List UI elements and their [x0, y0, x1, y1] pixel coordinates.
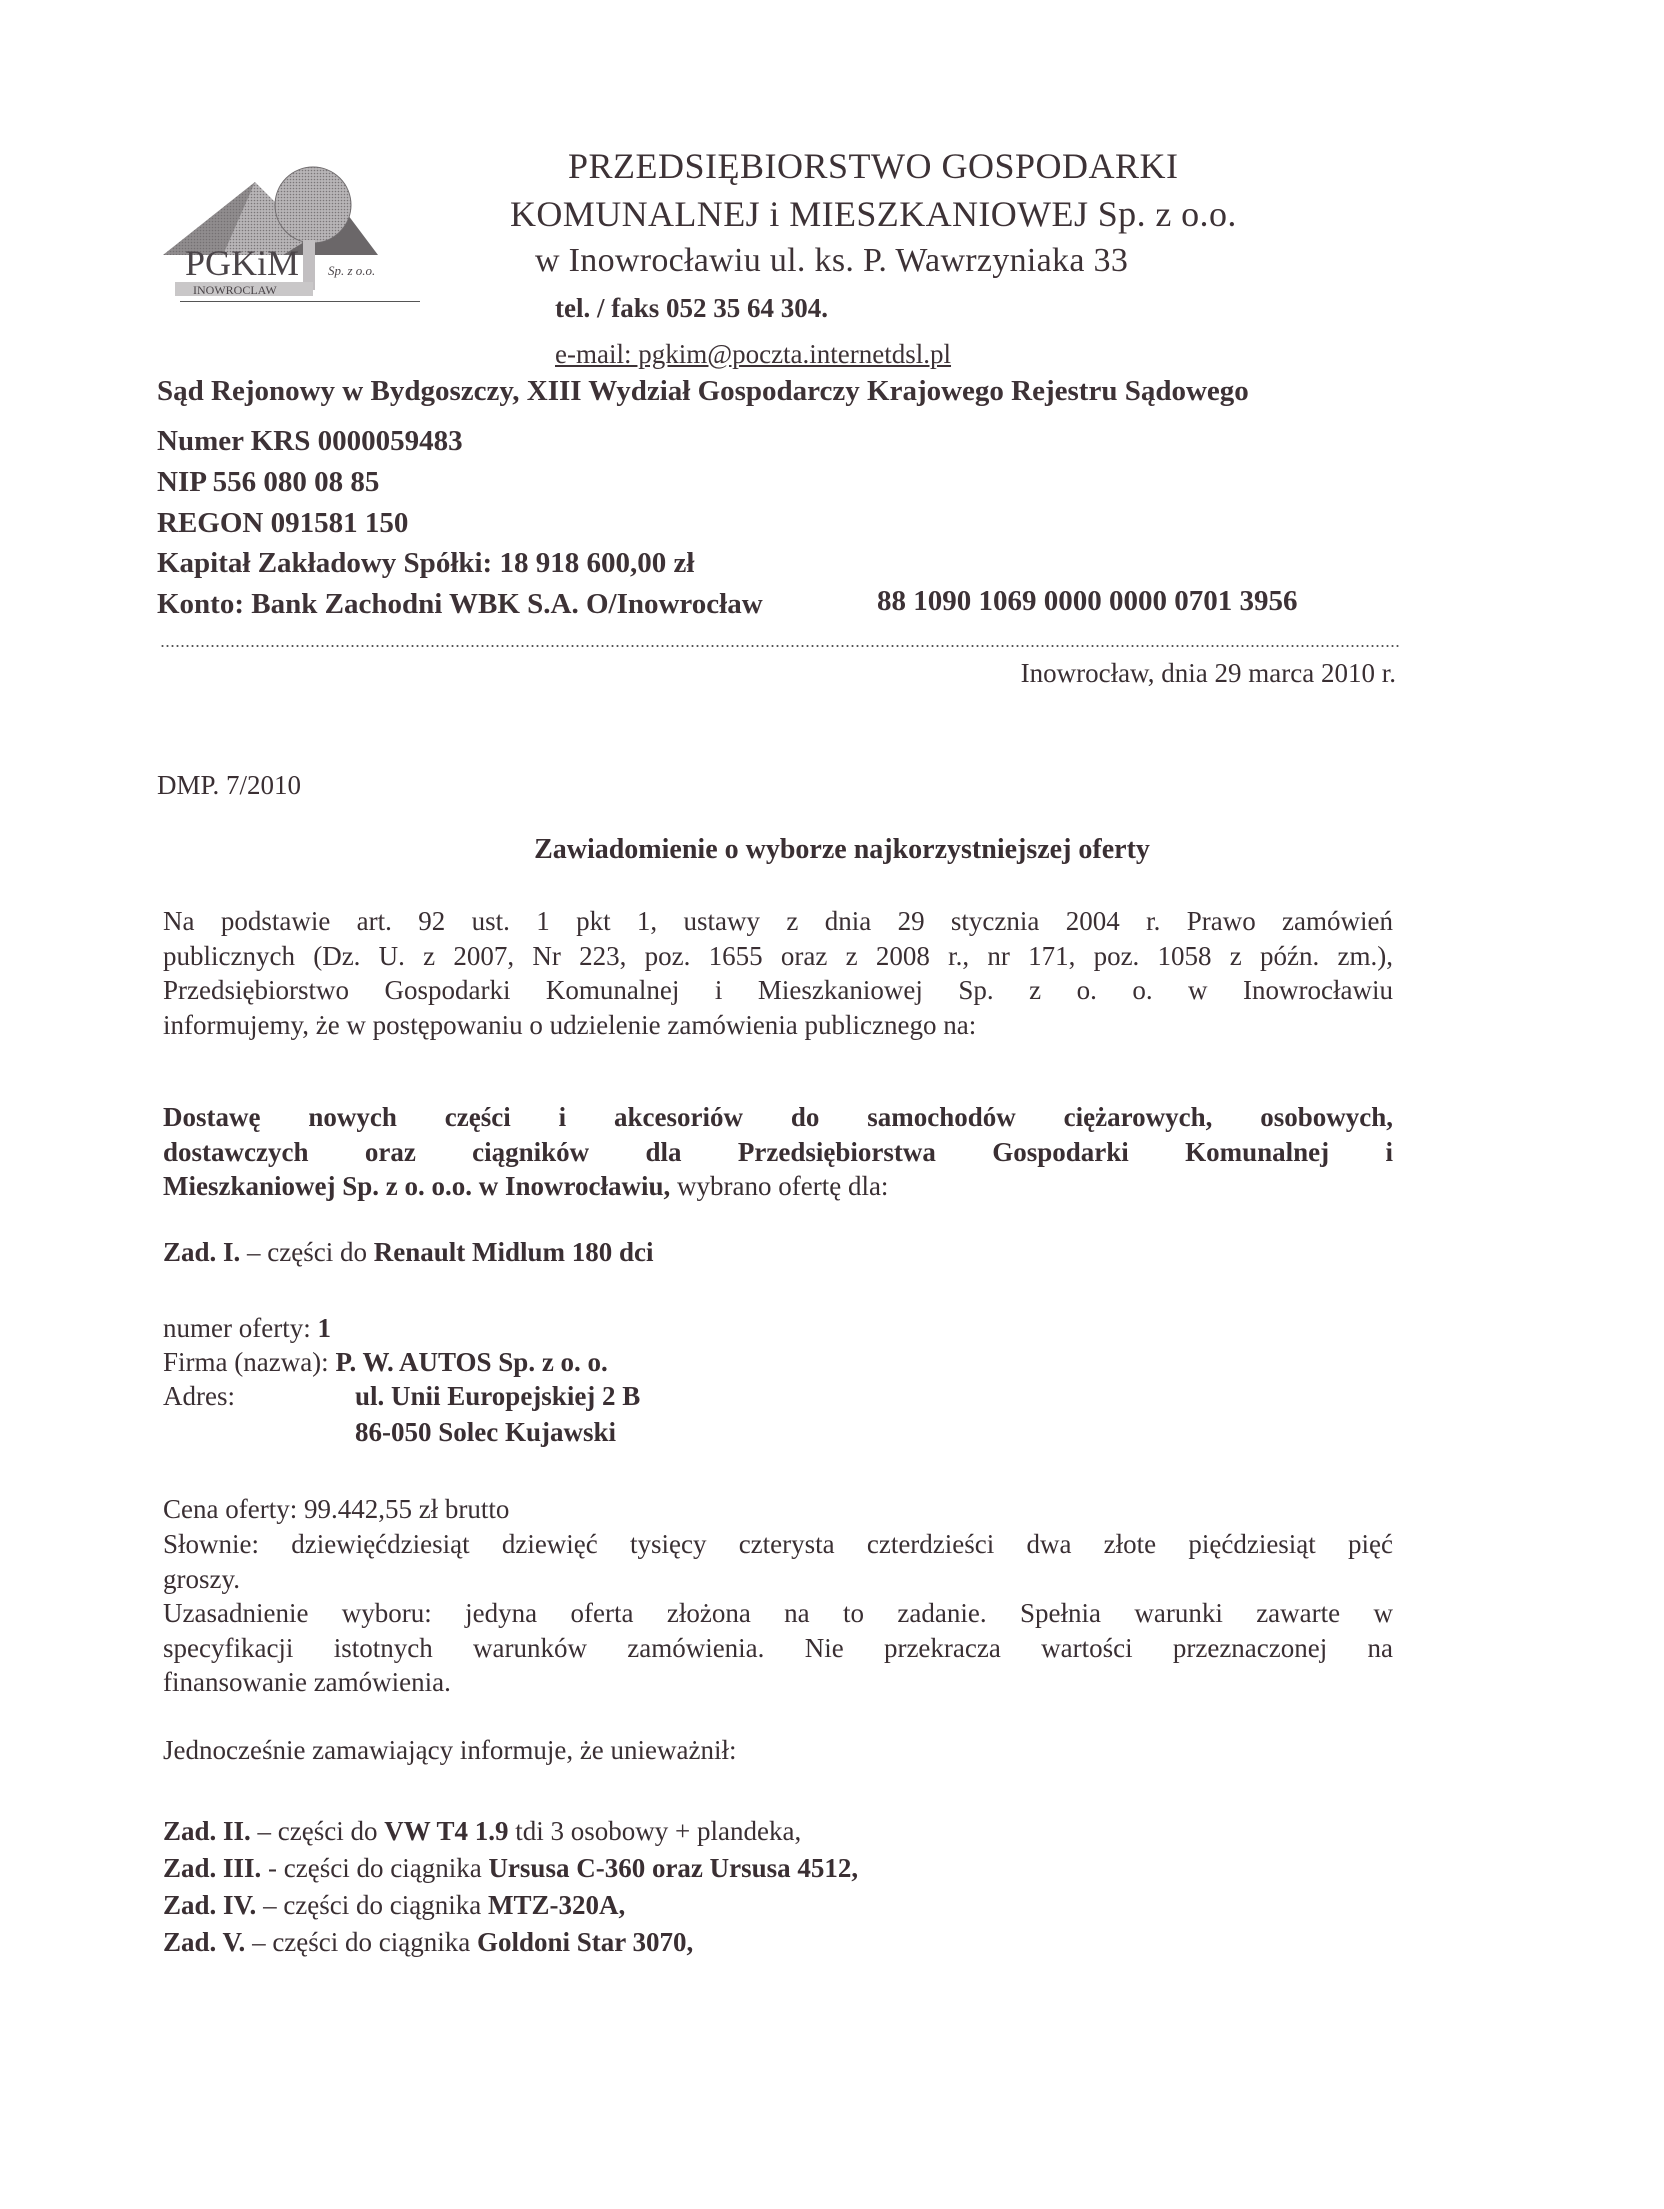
task-1: Zad. I. – części do Renault Midlum 180 d…: [163, 1237, 654, 1268]
document-date: Inowrocław, dnia 29 marca 2010 r.: [1021, 658, 1396, 689]
cancelled-task-label: Zad. V.: [163, 1927, 245, 1957]
cancelled-task-vehicle: Goldoni Star 3070,: [477, 1927, 693, 1957]
justification-line: finansowanie zamówienia.: [163, 1665, 1393, 1700]
cancelled-task-desc: – części do ciągnika: [256, 1890, 488, 1920]
cancelled-task-label: Zad. III.: [163, 1853, 261, 1883]
offer-company: Firma (nazwa): P. W. AUTOS Sp. z o. o.: [163, 1347, 608, 1378]
offer-address-label: Adres:: [163, 1381, 355, 1412]
registry-bank: Konto: Bank Zachodni WBK S.A. O/Inowrocł…: [157, 588, 763, 621]
document-reference: DMP. 7/2010: [157, 770, 301, 801]
subject-paragraph: Dostawę nowych części i akcesoriów do sa…: [163, 1100, 1393, 1204]
logo-brand: PGKiM: [185, 243, 299, 283]
registry-nip: NIP 556 080 08 85: [157, 466, 379, 499]
intro-line: Na podstawie art. 92 ust. 1 pkt 1, ustaw…: [163, 904, 1393, 939]
registry-krs: Numer KRS 0000059483: [157, 425, 463, 458]
company-name-line1: PRZEDSIĘBIORSTWO GOSPODARKI: [568, 145, 1179, 187]
cancelled-task: Zad. III. - części do ciągnika Ursusa C-…: [163, 1853, 858, 1884]
cancel-intro: Jednocześnie zamawiający informuje, że u…: [163, 1735, 737, 1766]
subject-line: Dostawę nowych części i akcesoriów do sa…: [163, 1100, 1393, 1135]
cancelled-task-label: Zad. IV.: [163, 1890, 256, 1920]
company-logo: PGKiM INOWROCLAW Sp. z o.o.: [163, 160, 423, 310]
offer-address-line2: 86-050 Solec Kujawski: [355, 1417, 616, 1447]
price-words-line: Słownie: dziewięćdziesiąt dziewięć tysię…: [163, 1527, 1393, 1562]
intro-paragraph: Na podstawie art. 92 ust. 1 pkt 1, ustaw…: [163, 904, 1393, 1042]
cancelled-task-vehicle: VW T4 1.9: [384, 1816, 508, 1846]
subject-line: dostawczych oraz ciągników dla Przedsięb…: [163, 1135, 1393, 1170]
document-title: Zawiadomienie o wyborze najkorzystniejsz…: [0, 834, 1664, 866]
dotted-separator: [160, 645, 1400, 647]
offer-number-value: 1: [317, 1313, 331, 1343]
cancelled-task-vehicle: MTZ-320A,: [488, 1890, 625, 1920]
intro-line: informujemy, że w postępowaniu o udziele…: [163, 1008, 1393, 1043]
cancelled-task-rest: tdi 3 osobowy + plandeka,: [509, 1816, 802, 1846]
company-name-line2: KOMUNALNEJ i MIESZKANIOWEJ Sp. z o.o.: [510, 193, 1237, 235]
offer-company-label: Firma (nazwa):: [163, 1347, 335, 1377]
task-1-label: Zad. I.: [163, 1237, 240, 1267]
cancelled-task-desc: – części do: [251, 1816, 384, 1846]
offer-address: Adres:ul. Unii Europejskiej 2 B: [163, 1381, 640, 1412]
cancelled-task: Zad. IV. – części do ciągnika MTZ-320A,: [163, 1890, 625, 1921]
logo-divider: [180, 301, 420, 302]
offer-address-line2-wrap: 86-050 Solec Kujawski: [355, 1417, 616, 1448]
logo-city: INOWROCLAW: [193, 283, 277, 297]
cancelled-task-desc: – części do ciągnika: [245, 1927, 477, 1957]
justification-line: Uzasadnienie wyboru: jedyna oferta złożo…: [163, 1596, 1393, 1631]
cancelled-task-label: Zad. II.: [163, 1816, 251, 1846]
registry-regon: REGON 091581 150: [157, 507, 408, 540]
intro-line: Przedsiębiorstwo Gospodarki Komunalnej i…: [163, 973, 1393, 1008]
offer-address-line1: ul. Unii Europejskiej 2 B: [355, 1381, 640, 1411]
cancelled-task-desc: - części do ciągnika: [261, 1853, 488, 1883]
price-words-line: groszy.: [163, 1562, 1393, 1597]
pgkim-logo-icon: PGKiM INOWROCLAW Sp. z o.o.: [163, 160, 423, 310]
cancelled-task: Zad. V. – części do ciągnika Goldoni Sta…: [163, 1927, 693, 1958]
intro-line: publicznych (Dz. U. z 2007, Nr 223, poz.…: [163, 939, 1393, 974]
cancelled-task-vehicle: Ursusa C-360 oraz Ursusa 4512,: [488, 1853, 858, 1883]
offer-company-value: P. W. AUTOS Sp. z o. o.: [335, 1347, 607, 1377]
offer-number-label: numer oferty:: [163, 1313, 317, 1343]
subject-line3-normal: wybrano ofertę dla:: [670, 1171, 888, 1201]
registry-capital: Kapitał Zakładowy Spółki: 18 918 600,00 …: [157, 547, 694, 580]
subject-line: Mieszkaniowej Sp. z o. o.o. w Inowrocław…: [163, 1169, 1393, 1204]
company-phone: tel. / faks 052 35 64 304.: [555, 293, 828, 324]
justification-line: specyfikacji istotnych warunków zamówien…: [163, 1631, 1393, 1666]
offer-number: numer oferty: 1: [163, 1313, 331, 1344]
price-in-words: Słownie: dziewięćdziesiąt dziewięć tysię…: [163, 1527, 1393, 1596]
registry-account-number: 88 1090 1069 0000 0000 0701 3956: [877, 585, 1298, 618]
task-1-desc: – części do: [240, 1237, 373, 1267]
logo-suffix: Sp. z o.o.: [328, 263, 375, 278]
cancelled-task: Zad. II. – części do VW T4 1.9 tdi 3 oso…: [163, 1816, 801, 1847]
registry-court: Sąd Rejonowy w Bydgoszczy, XIII Wydział …: [157, 375, 1249, 408]
justification-paragraph: Uzasadnienie wyboru: jedyna oferta złożo…: [163, 1596, 1393, 1700]
company-address: w Inowrocławiu ul. ks. P. Wawrzyniaka 33: [535, 242, 1128, 280]
offer-price: Cena oferty: 99.442,55 zł brutto: [163, 1494, 509, 1525]
company-email-link[interactable]: e-mail: pgkim@poczta.internetdsl.pl: [555, 339, 951, 370]
task-1-vehicle: Renault Midlum 180 dci: [374, 1237, 654, 1267]
subject-line3-bold: Mieszkaniowej Sp. z o. o.o. w Inowrocław…: [163, 1171, 670, 1201]
